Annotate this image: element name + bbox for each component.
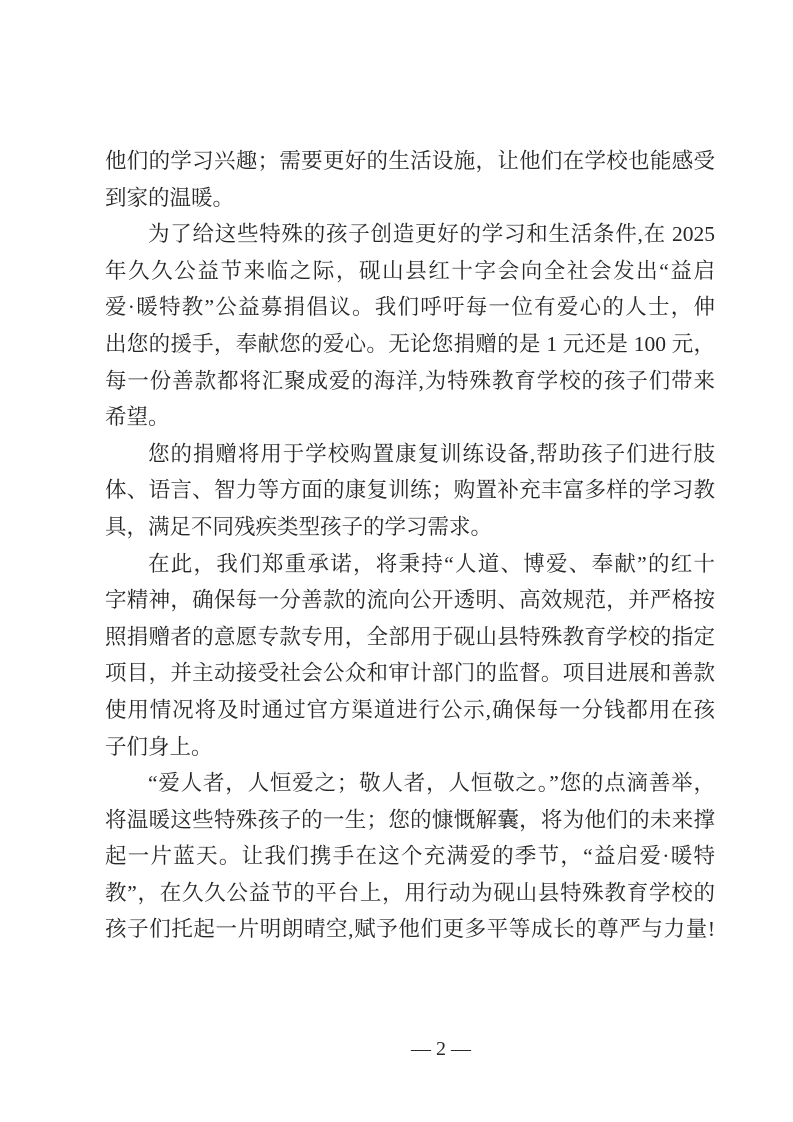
text-line: 起一片蓝天。让我们携手在这个充满爱的季节，“益启爱·暖特 — [105, 838, 715, 875]
text-line: 您的捐赠将用于学校购置康复训练设备,帮助孩子们进行肢 — [105, 436, 715, 473]
text-line: 孩子们托起一片明朗晴空,赋予他们更多平等成长的尊严与力量! — [105, 911, 715, 948]
text-line: 使用情况将及时通过官方渠道进行公示,确保每一分钱都用在孩 — [105, 692, 715, 729]
text-line: 体、语言、智力等方面的康复训练；购置补充丰富多样的学习教 — [105, 472, 715, 509]
text-line: 为了给这些特殊的孩子创造更好的学习和生活条件,在 2025 — [105, 216, 715, 253]
text-line: 照捐赠者的意愿专款专用，全部用于砚山县特殊教育学校的指定 — [105, 619, 715, 656]
text-line: “爱人者，人恒爱之；敬人者，人恒敬之。”您的点滴善举， — [105, 765, 715, 802]
text-line: 出您的援手，奉献您的爱心。无论您捐赠的是 1 元还是 100 元， — [105, 326, 715, 363]
document-page: 他们的学习兴趣；需要更好的生活设施，让他们在学校也能感受到家的温暖。为了给这些特… — [0, 0, 793, 1122]
text-line: 具，满足不同残疾类型孩子的学习需求。 — [105, 509, 715, 546]
page-number: — 2 — — [411, 1038, 471, 1061]
text-line: 他们的学习兴趣；需要更好的生活设施，让他们在学校也能感受 — [105, 143, 715, 180]
document-body: 他们的学习兴趣；需要更好的生活设施，让他们在学校也能感受到家的温暖。为了给这些特… — [105, 143, 715, 948]
text-line: 在此，我们郑重承诺，将秉持“人道、博爱、奉献”的红十 — [105, 546, 715, 583]
text-line: 年久久公益节来临之际，砚山县红十字会向全社会发出“益启 — [105, 253, 715, 290]
text-line: 教”，在久久公益节的平台上，用行动为砚山县特殊教育学校的 — [105, 875, 715, 912]
text-line: 项目，并主动接受社会公众和审计部门的监督。项目进展和善款 — [105, 655, 715, 692]
text-line: 子们身上。 — [105, 729, 715, 766]
text-line: 爱·暖特教”公益募捐倡议。我们呼吁每一位有爱心的人士，伸 — [105, 289, 715, 326]
text-line: 每一份善款都将汇聚成爱的海洋,为特殊教育学校的孩子们带来 — [105, 363, 715, 400]
text-line: 将温暖这些特殊孩子的一生；您的慷慨解囊，将为他们的未来撑 — [105, 802, 715, 839]
text-line: 希望。 — [105, 399, 715, 436]
text-line: 到家的温暖。 — [105, 180, 715, 217]
text-line: 字精神，确保每一分善款的流向公开透明、高效规范，并严格按 — [105, 582, 715, 619]
